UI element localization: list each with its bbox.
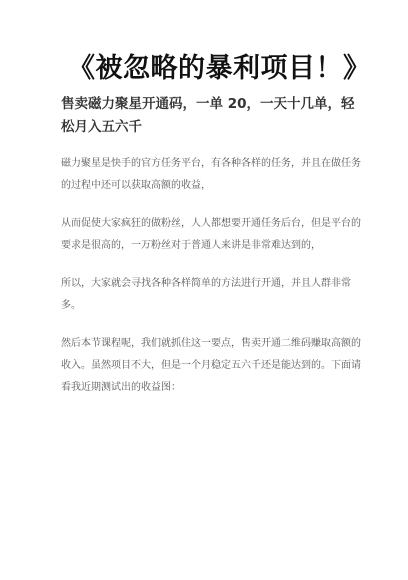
- paragraph-1: 磁力聚星是快手的官方任务平台，有各种各样的任务，并且在做任务的过程中还可以获取高…: [61, 153, 361, 197]
- document-body: 磁力聚星是快手的官方任务平台，有各种各样的任务，并且在做任务的过程中还可以获取高…: [61, 153, 361, 415]
- paragraph-3: 所以，大家就会寻找各种各样简单的方法进行开通，并且人群非常多。: [61, 273, 361, 317]
- document-title: 《被忽略的暴利项目！》: [68, 52, 368, 86]
- document-page: 《被忽略的暴利项目！》 售卖磁力聚星开通码，一单 20，一天十几单，轻松月入五六…: [0, 0, 408, 580]
- document-subtitle: 售卖磁力聚星开通码，一单 20，一天十几单，轻松月入五六千: [61, 93, 356, 139]
- paragraph-4: 然后本节课程呢，我们就抓住这一要点，售卖开通二维码赚取高额的收入。虽然项目不大，…: [61, 333, 361, 399]
- paragraph-2: 从而促使大家疯狂的做粉丝，人人都想要开通任务后台，但是平台的要求是很高的，一万粉…: [61, 213, 361, 257]
